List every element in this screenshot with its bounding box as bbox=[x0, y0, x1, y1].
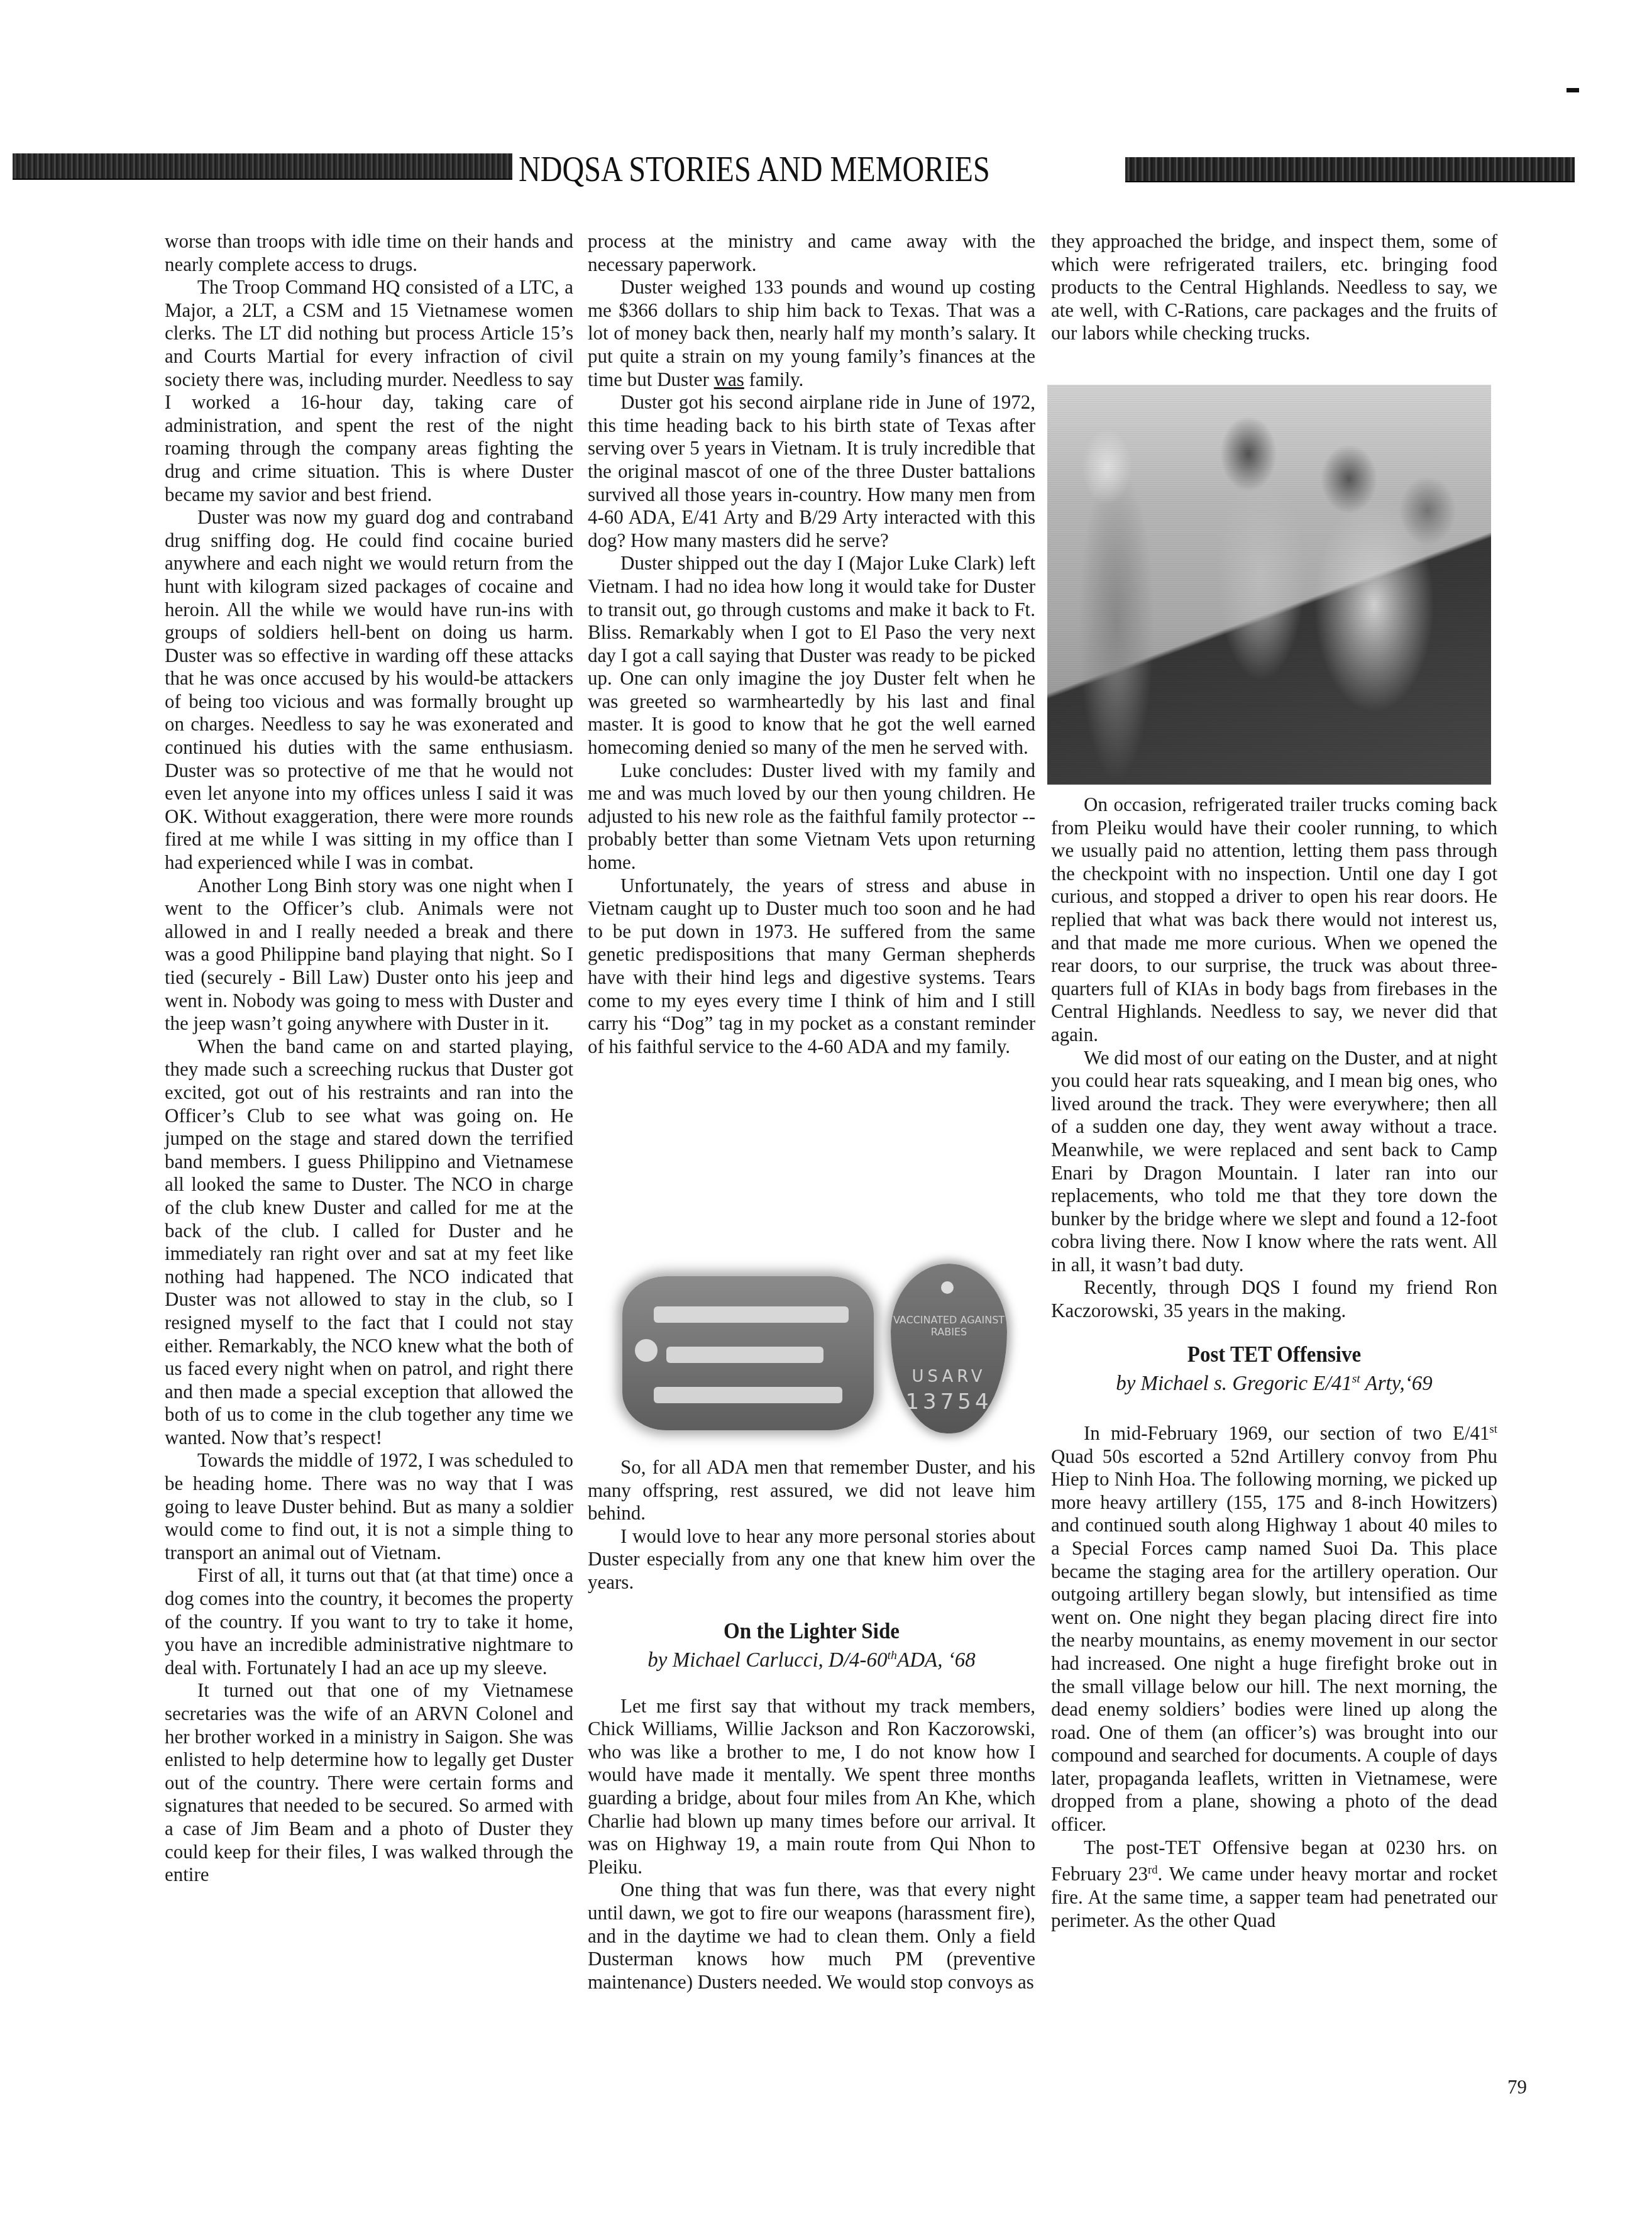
paragraph: Towards the middle of 1972, I was schedu… bbox=[165, 1449, 573, 1564]
story-title: Post TET Offensive bbox=[1069, 1342, 1479, 1367]
byline-text: ADA, ‘68 bbox=[897, 1649, 976, 1672]
sup: st bbox=[1490, 1423, 1497, 1436]
paragraph: Another Long Binh story was one night wh… bbox=[165, 875, 573, 1035]
paragraph: Let me first say that without my track m… bbox=[588, 1695, 1035, 1879]
sup: rd bbox=[1148, 1863, 1158, 1877]
soldiers-photo bbox=[1047, 385, 1491, 785]
tag-text: VACCINATED AGAINST RABIES bbox=[891, 1314, 1007, 1338]
tag-text: USARV bbox=[891, 1367, 1007, 1386]
paragraph: Duster shipped out the day I (Major Luke… bbox=[588, 552, 1035, 759]
header-bar-right bbox=[1125, 157, 1575, 182]
scan-mark bbox=[1567, 88, 1579, 92]
header-bar-left bbox=[13, 153, 512, 180]
paragraph: In mid-February 1969, our section of two… bbox=[1051, 1418, 1497, 1836]
column-1: worse than troops with idle time on thei… bbox=[165, 230, 573, 1887]
text-run: Quad 50s escorted a 52nd Artillery convo… bbox=[1051, 1445, 1497, 1836]
paragraph: worse than troops with idle time on thei… bbox=[165, 230, 573, 276]
id-tag-icon bbox=[622, 1276, 874, 1430]
byline-text: by Michael Carlucci, D/4-60 bbox=[647, 1649, 887, 1672]
text-run: In mid-February 1969, our section of two… bbox=[1084, 1422, 1490, 1444]
paragraph: First of all, it turns out that (at that… bbox=[165, 1564, 573, 1679]
paragraph: On occasion, refrigerated trailer trucks… bbox=[1051, 793, 1497, 1047]
text-run: Duster weighed 133 pounds and wound up c… bbox=[588, 276, 1035, 390]
paragraph: they approached the bridge, and inspect … bbox=[1051, 230, 1497, 345]
column-2-lower: So, for all ADA men that remember Duster… bbox=[588, 1456, 1035, 1994]
paragraph: Duster was now my guard dog and contraba… bbox=[165, 506, 573, 875]
paragraph: Duster got his second airplane ride in J… bbox=[588, 391, 1035, 552]
paragraph: The Troop Command HQ consisted of a LTC,… bbox=[165, 276, 573, 506]
text-run: family. bbox=[744, 368, 803, 390]
section-header: NDQSA STORIES AND MEMORIES bbox=[13, 151, 1572, 195]
section-title: NDQSA STORIES AND MEMORIES bbox=[519, 150, 990, 190]
column-3-lower: On occasion, refrigerated trailer trucks… bbox=[1051, 793, 1497, 1932]
paragraph: Recently, through DQS I found my friend … bbox=[1051, 1276, 1497, 1322]
dog-tags-photo: VACCINATED AGAINST RABIES USARV 13754 bbox=[611, 1257, 1032, 1446]
byline-text: Arty,‘69 bbox=[1360, 1372, 1433, 1395]
underlined-word: was bbox=[714, 368, 744, 390]
paragraph: When the band came on and started playin… bbox=[165, 1035, 573, 1450]
story-byline: by Michael Carlucci, D/4-60thADA, ‘68 bbox=[588, 1643, 1035, 1672]
paragraph: We did most of our eating on the Duster,… bbox=[1051, 1047, 1497, 1277]
paragraph: The post-TET Offensive began at 0230 hrs… bbox=[1051, 1836, 1497, 1933]
paragraph: process at the ministry and came away wi… bbox=[588, 230, 1035, 276]
paragraph: Luke concludes: Duster lived with my fam… bbox=[588, 759, 1035, 875]
page-number: 79 bbox=[1507, 2076, 1527, 2099]
byline-sup: st bbox=[1352, 1372, 1360, 1386]
paragraph: So, for all ADA men that remember Duster… bbox=[588, 1456, 1035, 1525]
column-3: they approached the bridge, and inspect … bbox=[1051, 230, 1497, 345]
rabies-tag-icon: VACCINATED AGAINST RABIES USARV 13754 bbox=[891, 1264, 1007, 1433]
paragraph: I would love to hear any more personal s… bbox=[588, 1525, 1035, 1594]
paragraph: One thing that was fun there, was that e… bbox=[588, 1879, 1035, 1994]
paragraph: Unfortunately, the years of stress and a… bbox=[588, 875, 1035, 1059]
paragraph: Duster weighed 133 pounds and wound up c… bbox=[588, 276, 1035, 391]
story-byline: by Michael s. Gregoric E/41st Arty,‘69 bbox=[1051, 1367, 1497, 1396]
tag-number: 13754 bbox=[891, 1389, 1007, 1415]
story-title: On the Lighter Side bbox=[605, 1618, 1017, 1643]
byline-text: by Michael s. Gregoric E/41 bbox=[1116, 1372, 1352, 1395]
paragraph: It turned out that one of my Vietnamese … bbox=[165, 1679, 573, 1886]
column-2: process at the ministry and came away wi… bbox=[588, 230, 1035, 1058]
byline-sup: th bbox=[888, 1648, 897, 1662]
